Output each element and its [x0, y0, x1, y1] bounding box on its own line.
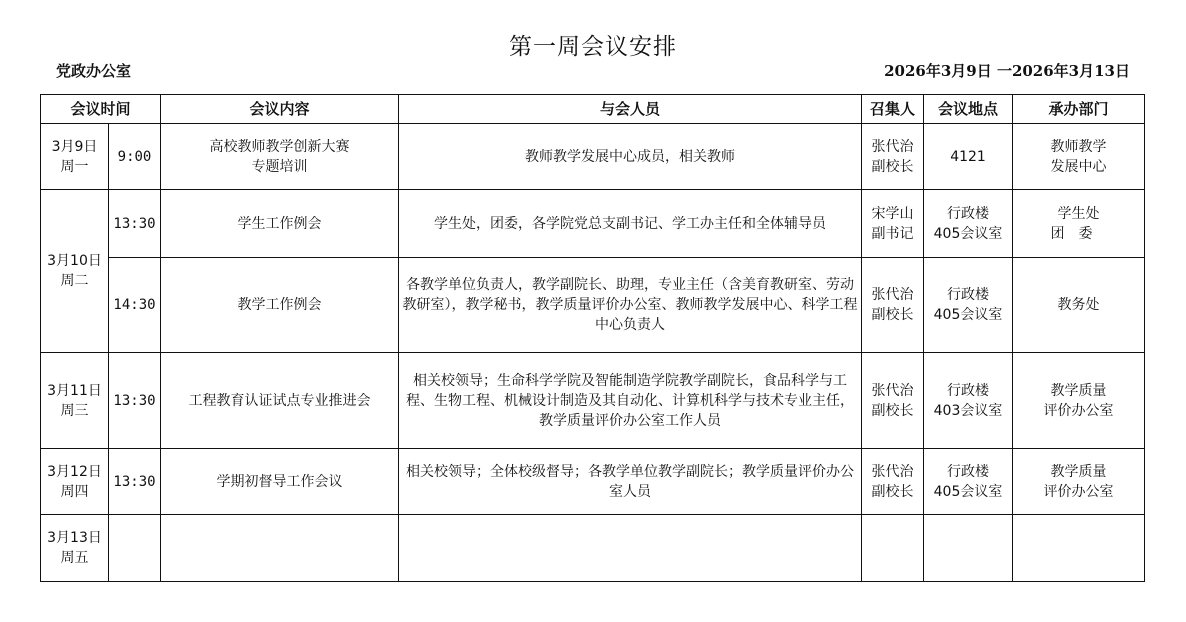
header-row: 会议时间 会议内容 与会人员 召集人 会议地点 承办部门 — [41, 95, 1145, 124]
department-line: 教师教学 — [1016, 137, 1141, 157]
attendees — [399, 515, 862, 582]
attendees: 相关校领导；生命科学学院及智能制造学院教学副院长，食品科学与工程、生物工程、机械… — [399, 353, 862, 449]
day-weekday: 周二 — [44, 271, 105, 291]
page-title: 第一周会议安排 — [0, 28, 1186, 61]
department: 教学质量 评价办公室 — [1013, 449, 1145, 515]
day-weekday: 周四 — [44, 482, 105, 502]
location-line: 405会议室 — [927, 305, 1009, 325]
department: 教务处 — [1013, 258, 1145, 353]
location: 4121 — [924, 124, 1013, 190]
convener-name: 张代治 — [865, 137, 920, 157]
meeting-time: 9:00 — [109, 124, 161, 190]
location: 行政楼 405会议室 — [924, 190, 1013, 258]
location-line: 4121 — [927, 147, 1009, 167]
location: 行政楼 405会议室 — [924, 258, 1013, 353]
meeting-content: 工程教育认证试点专业推进会 — [161, 353, 399, 449]
department-line: 学生处 — [1016, 204, 1141, 224]
convener-name: 张代治 — [865, 381, 920, 401]
meeting-content: 高校教师教学创新大赛 专题培训 — [161, 124, 399, 190]
date-range: 2026年3月9日 一2026年3月13日 — [884, 60, 1130, 81]
meeting-time: 13:30 — [109, 449, 161, 515]
content-line: 高校教师教学创新大赛 — [164, 137, 395, 157]
department-line: 团委 — [1016, 224, 1141, 244]
convener: 宋学山 副书记 — [862, 190, 924, 258]
department-line: 教学质量 — [1016, 381, 1141, 401]
table-row: 14:30 教学工作例会 各教学单位负责人，教学副院长、助理，专业主任（含美育教… — [41, 258, 1145, 353]
convener-title: 副校长 — [865, 401, 920, 421]
location-line: 405会议室 — [927, 482, 1009, 502]
day-date: 3月9日 — [44, 137, 105, 157]
department: 学生处 团委 — [1013, 190, 1145, 258]
location-line: 行政楼 — [927, 285, 1009, 305]
department-line: 评价办公室 — [1016, 482, 1141, 502]
day-date: 3月12日 — [44, 462, 105, 482]
convener: 张代治 副校长 — [862, 258, 924, 353]
header-location: 会议地点 — [924, 95, 1013, 124]
location-line: 行政楼 — [927, 462, 1009, 482]
department-line: 发展中心 — [1016, 157, 1141, 177]
attendees: 各教学单位负责人，教学副院长、助理，专业主任（含美育教研室、劳动教研室），教学秘… — [399, 258, 862, 353]
department-line: 教学质量 — [1016, 462, 1141, 482]
convener: 张代治 副校长 — [862, 124, 924, 190]
issuing-office: 党政办公室 — [56, 60, 131, 81]
table-row: 3月10日 周二 13:30 学生工作例会 学生处，团委，各学院党总支副书记、学… — [41, 190, 1145, 258]
convener-title: 副书记 — [865, 224, 920, 244]
department-line: 评价办公室 — [1016, 401, 1141, 421]
attendees: 教师教学发展中心成员，相关教师 — [399, 124, 862, 190]
table-row: 3月12日 周四 13:30 学期初督导工作会议 相关校领导；全体校级督导；各教… — [41, 449, 1145, 515]
header-department: 承办部门 — [1013, 95, 1145, 124]
convener-name: 张代治 — [865, 285, 920, 305]
header-convener: 召集人 — [862, 95, 924, 124]
day-date: 3月13日 — [44, 528, 105, 548]
day-cell: 3月10日 周二 — [41, 190, 109, 353]
location-line: 405会议室 — [927, 224, 1009, 244]
meeting-time: 14:30 — [109, 258, 161, 353]
table-row: 3月11日 周三 13:30 工程教育认证试点专业推进会 相关校领导；生命科学学… — [41, 353, 1145, 449]
department: 教学质量 评价办公室 — [1013, 353, 1145, 449]
location: 行政楼 403会议室 — [924, 353, 1013, 449]
day-cell: 3月11日 周三 — [41, 353, 109, 449]
location: 行政楼 405会议室 — [924, 449, 1013, 515]
table-row: 3月9日 周一 9:00 高校教师教学创新大赛 专题培训 教师教学发展中心成员，… — [41, 124, 1145, 190]
convener: 张代治 副校长 — [862, 449, 924, 515]
day-weekday: 周一 — [44, 157, 105, 177]
day-date: 3月11日 — [44, 381, 105, 401]
meeting-time: 13:30 — [109, 190, 161, 258]
content-line: 专题培训 — [164, 157, 395, 177]
day-cell: 3月9日 周一 — [41, 124, 109, 190]
day-cell: 3月13日 周五 — [41, 515, 109, 582]
attendees: 学生处，团委，各学院党总支副书记、学工办主任和全体辅导员 — [399, 190, 862, 258]
convener-title: 副校长 — [865, 157, 920, 177]
meeting-content — [161, 515, 399, 582]
location-line: 行政楼 — [927, 204, 1009, 224]
meeting-schedule-table: 会议时间 会议内容 与会人员 召集人 会议地点 承办部门 3月9日 周一 9:0… — [40, 94, 1145, 582]
location-line: 403会议室 — [927, 401, 1009, 421]
table-row: 3月13日 周五 — [41, 515, 1145, 582]
header-attendees: 与会人员 — [399, 95, 862, 124]
location-line: 行政楼 — [927, 381, 1009, 401]
location — [924, 515, 1013, 582]
meeting-content: 学期初督导工作会议 — [161, 449, 399, 515]
department — [1013, 515, 1145, 582]
convener-name: 张代治 — [865, 462, 920, 482]
convener: 张代治 副校长 — [862, 353, 924, 449]
convener-title: 副校长 — [865, 305, 920, 325]
department: 教师教学 发展中心 — [1013, 124, 1145, 190]
meeting-time: 13:30 — [109, 353, 161, 449]
meeting-content: 教学工作例会 — [161, 258, 399, 353]
day-weekday: 周五 — [44, 548, 105, 568]
meeting-time — [109, 515, 161, 582]
header-time: 会议时间 — [41, 95, 161, 124]
day-cell: 3月12日 周四 — [41, 449, 109, 515]
day-date: 3月10日 — [44, 251, 105, 271]
day-weekday: 周三 — [44, 401, 105, 421]
convener-name: 宋学山 — [865, 204, 920, 224]
convener — [862, 515, 924, 582]
attendees: 相关校领导；全体校级督导；各教学单位教学副院长；教学质量评价办公室人员 — [399, 449, 862, 515]
header-content: 会议内容 — [161, 95, 399, 124]
meeting-content: 学生工作例会 — [161, 190, 399, 258]
convener-title: 副校长 — [865, 482, 920, 502]
